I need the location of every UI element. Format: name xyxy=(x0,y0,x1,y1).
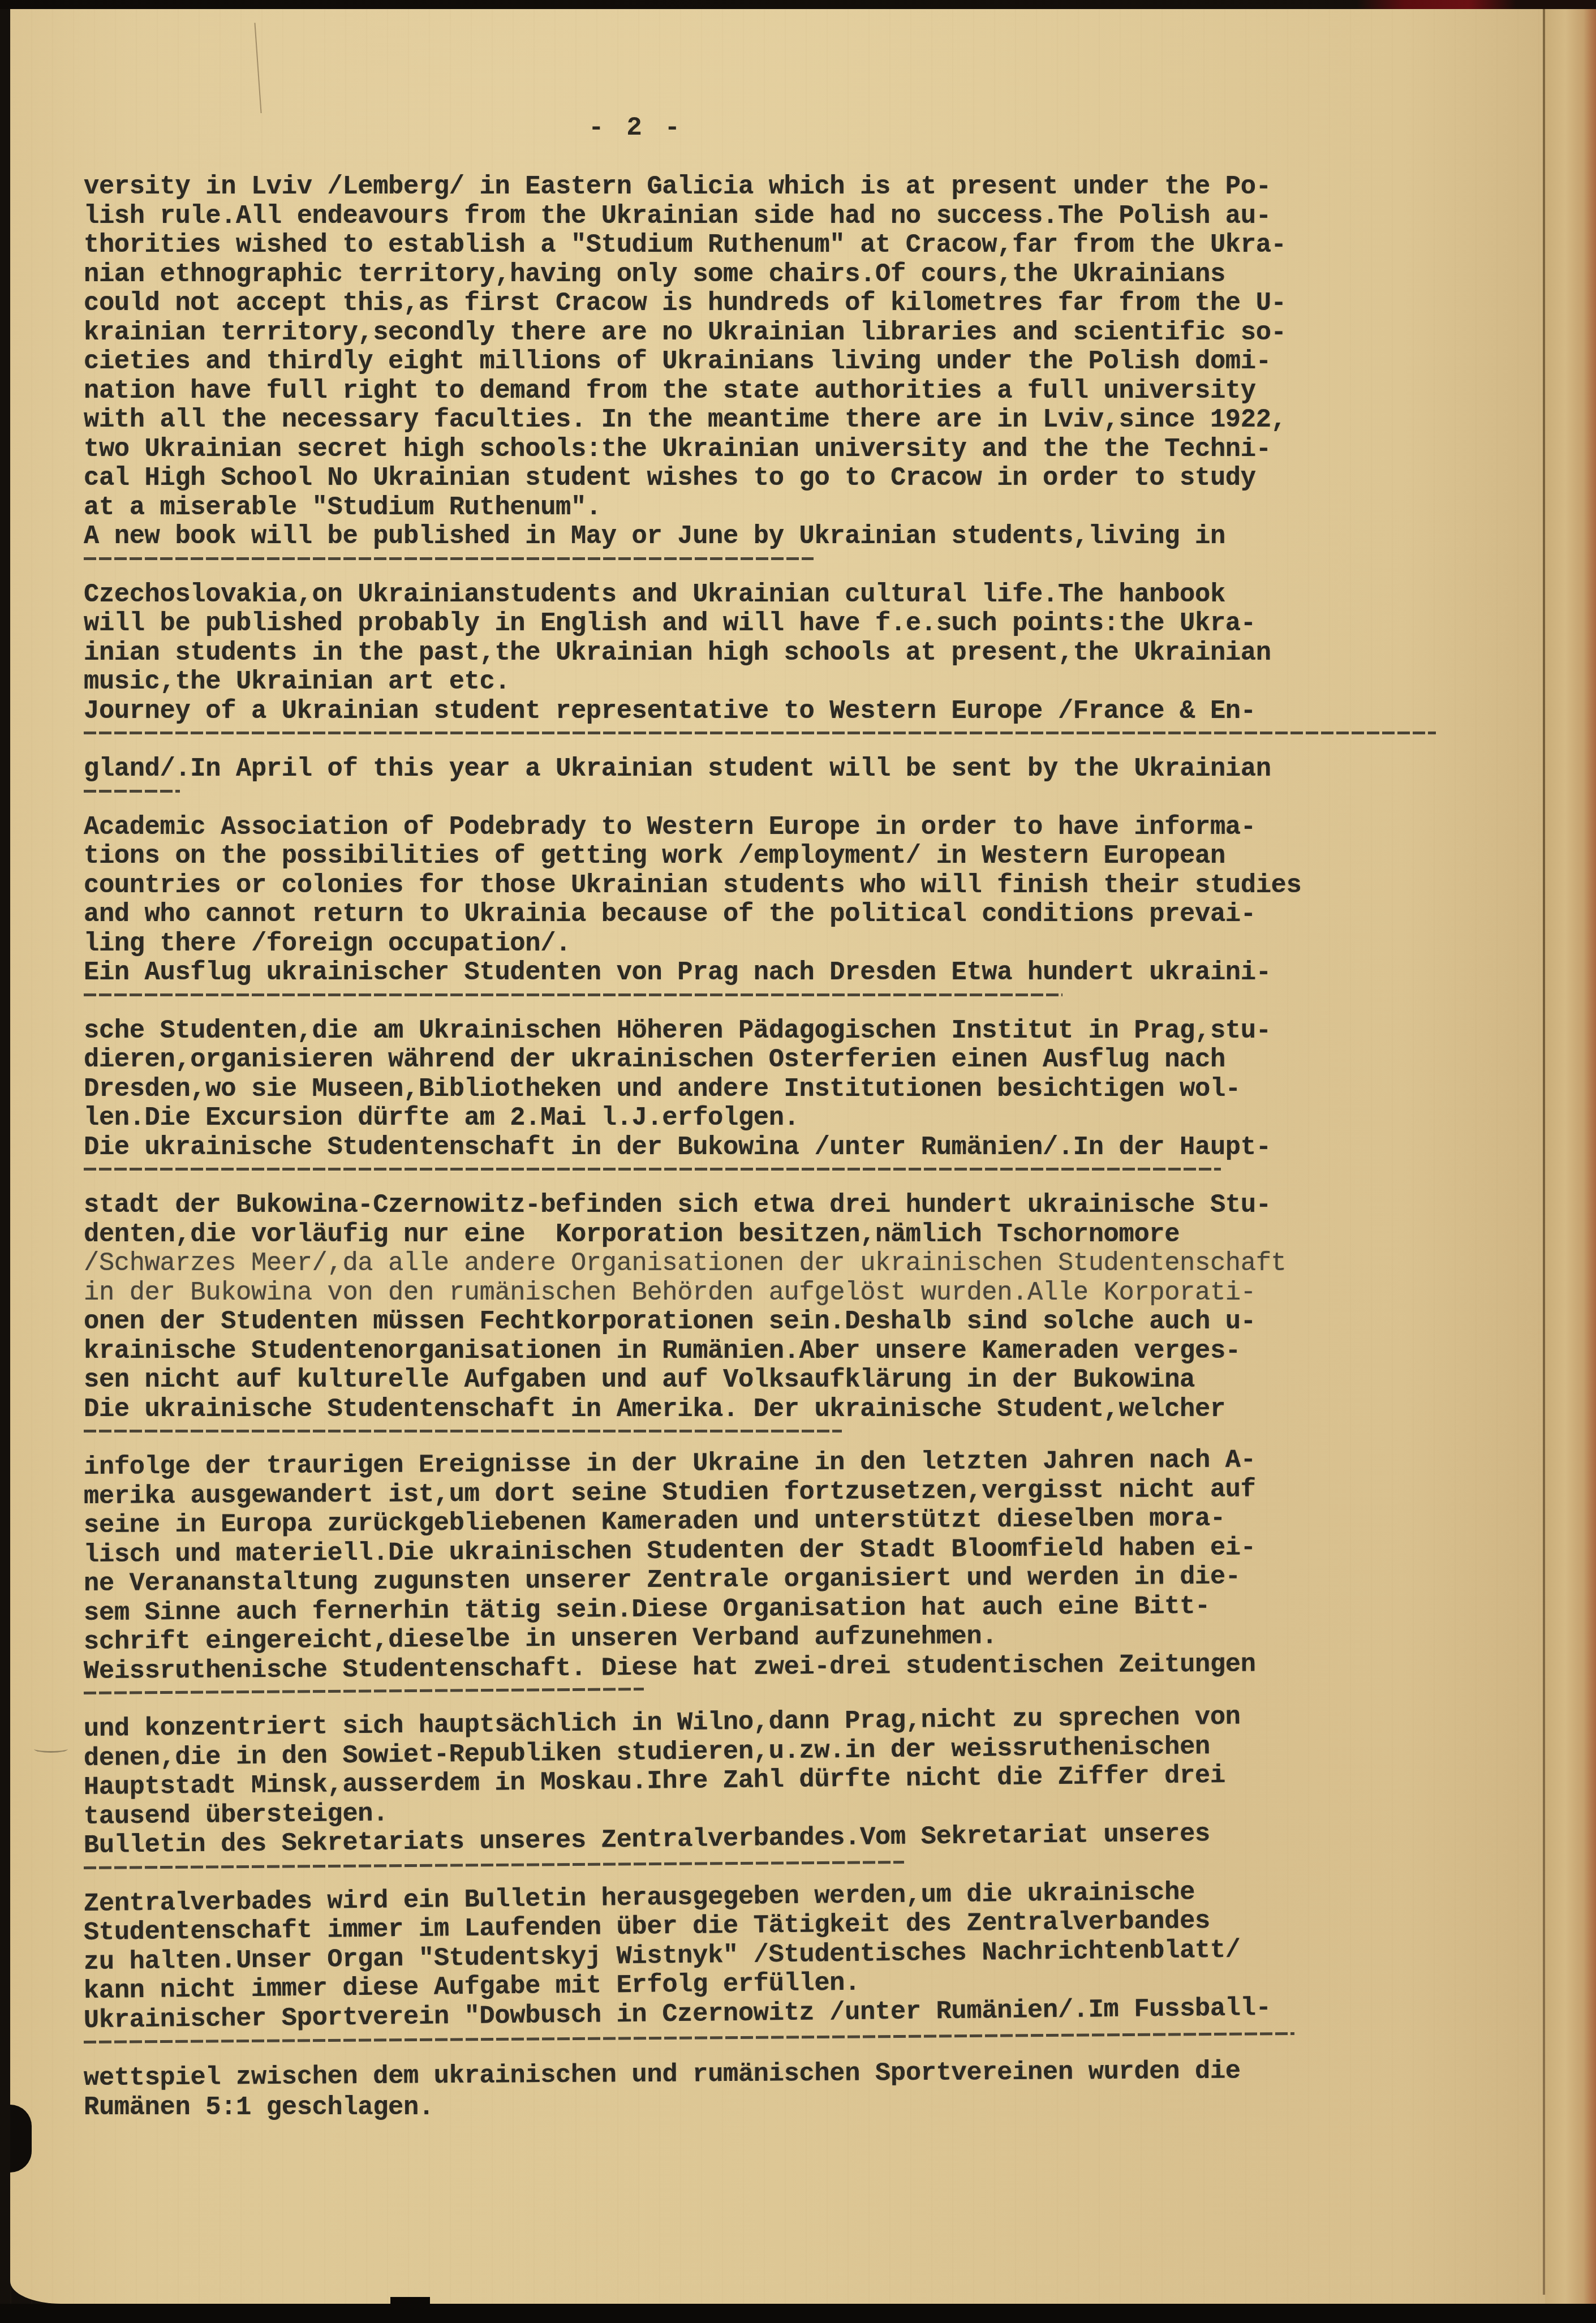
paper-tear xyxy=(390,2297,430,2308)
text-line: countries or colonies for those Ukrainia… xyxy=(84,871,1453,901)
page-number: - 2 - xyxy=(588,113,683,143)
text-line: in der Bukowina von den rumänischen Behö… xyxy=(84,1279,1453,1308)
text-line: gland/.In April of this year a Ukrainian… xyxy=(84,755,1453,784)
text-line: Academic Association of Podebrady to Wes… xyxy=(84,813,1453,842)
text-line: thorities wished to establish a "Studium… xyxy=(84,231,1453,260)
text-line: sche Studenten,die am Ukrainischen Höher… xyxy=(84,1017,1453,1046)
section-heading-journey: Journey of a Ukrainian student represent… xyxy=(84,697,1453,726)
scan-bottom-edge xyxy=(0,2304,1596,2323)
text-line: versity in Lviv /Lemberg/ in Eastern Gal… xyxy=(84,173,1453,202)
text-line: could not accept this,as first Cracow is… xyxy=(84,289,1453,319)
section-heading-amerika: Die ukrainische Studentenschaft in Ameri… xyxy=(84,1395,1453,1425)
adjacent-page-edge xyxy=(1545,9,1596,2306)
heading-underline xyxy=(84,726,1453,755)
text-line: stadt der Bukowina-Czernowitz-befinden s… xyxy=(84,1191,1453,1220)
text-line: and who cannot return to Ukrainia becaus… xyxy=(84,900,1453,930)
text-line: tions on the possibilities of getting wo… xyxy=(84,842,1453,871)
text-line: sen nicht auf kulturelle Aufgaben und au… xyxy=(84,1366,1453,1395)
scan-top-edge xyxy=(0,0,1596,9)
text-line: Czechoslovakia,on Ukrainianstudents and … xyxy=(84,580,1453,610)
text-line: ling there /foreign occupation/. xyxy=(84,930,1453,959)
text-line: with all the necessary faculties. In the… xyxy=(84,406,1453,435)
text-line: nian ethnographic territory,having only … xyxy=(84,260,1453,290)
section-heading-bukowina: Die ukrainische Studentenschaft in der B… xyxy=(84,1133,1453,1163)
text-line: nation have full right to demand from th… xyxy=(84,377,1453,406)
document-body: versity in Lviv /Lemberg/ in Eastern Gal… xyxy=(84,173,1453,2122)
section-heading-ausflug: Ein Ausflug ukrainischer Studenten von P… xyxy=(84,958,1453,988)
heading-underline xyxy=(84,988,1453,1017)
text-line: krainische Studentenorganisationen in Ru… xyxy=(84,1337,1453,1366)
text-line: denten,die vorläufig nur eine Korporatio… xyxy=(84,1220,1453,1250)
text-line: inian students in the past,the Ukrainian… xyxy=(84,639,1453,668)
text-line: len.Die Excursion dürfte am 2.Mai l.J.er… xyxy=(84,1104,1453,1133)
margin-pencil-mark xyxy=(34,1745,68,1753)
text-line: Dresden,wo sie Museen,Bibliotheken und a… xyxy=(84,1075,1453,1104)
ink-blot xyxy=(10,2105,32,2173)
text-line: cal High School No Ukrainian student wis… xyxy=(84,464,1453,493)
text-line: at a miserable "Studium Ruthenum". xyxy=(84,493,1453,523)
text-line: lish rule.All endeavours from the Ukrain… xyxy=(84,202,1453,231)
section-heading-new-book: A new book will be published in May or J… xyxy=(84,522,1453,552)
text-line: cieties and thirdly eight millions of Uk… xyxy=(84,347,1453,377)
text-line: dieren,organisieren während der ukrainis… xyxy=(84,1046,1453,1075)
heading-underline xyxy=(84,784,1453,813)
text-line: /Schwarzes Meer/,da alle andere Organisa… xyxy=(84,1249,1453,1279)
text-line: will be published probably in English an… xyxy=(84,609,1453,639)
text-line: two Ukrainian secret high schools:the Uk… xyxy=(84,435,1453,464)
text-line: Rumänen 5:1 geschlagen. xyxy=(84,2093,1453,2123)
heading-underline xyxy=(84,552,1453,580)
heading-underline xyxy=(84,1162,1453,1191)
text-line: onen der Studenten müssen Fechtkorporati… xyxy=(84,1307,1453,1337)
text-line: krainian territory,secondly there are no… xyxy=(84,319,1453,348)
text-line: music,the Ukrainian art etc. xyxy=(84,668,1453,697)
